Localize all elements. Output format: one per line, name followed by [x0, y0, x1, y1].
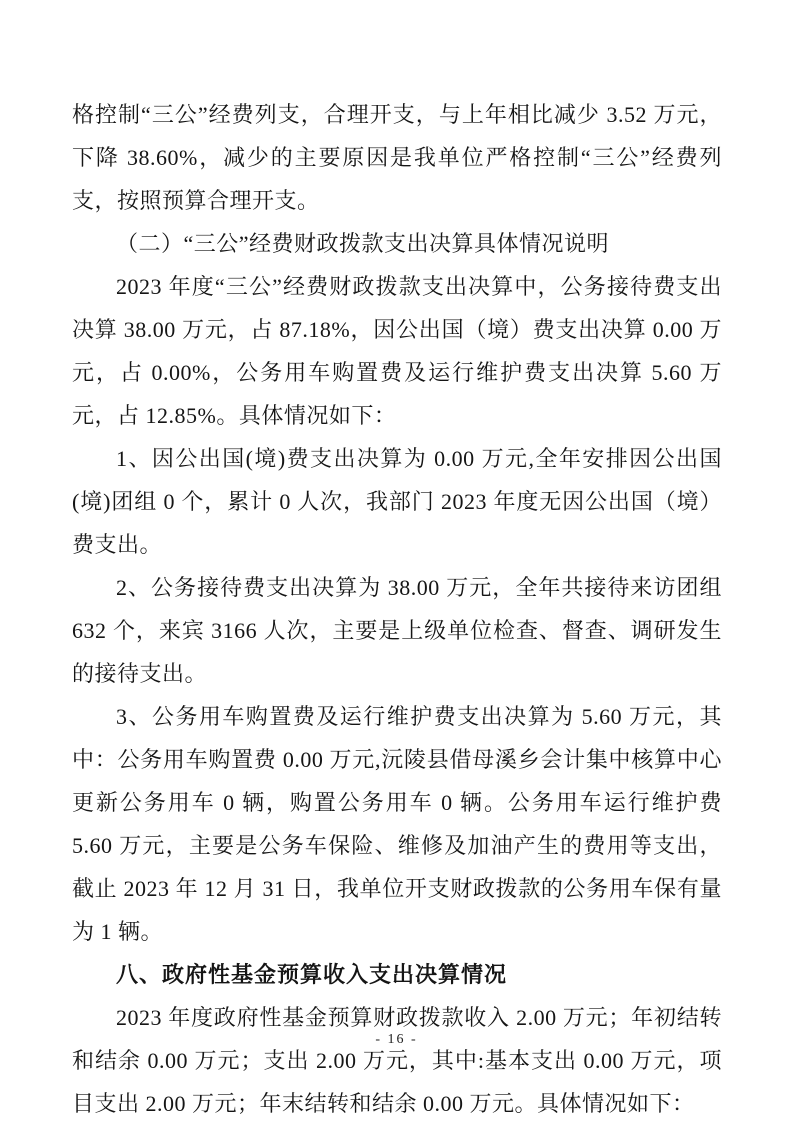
page-number: - 16 - — [0, 1032, 793, 1048]
paragraph: 2023 年度政府性基金预算财政拨款收入 2.00 万元；年初结转和结余 0.0… — [72, 996, 722, 1122]
paragraph: 1、因公出国(境)费支出决算为 0.00 万元,全年安排因公出国(境)团组 0 … — [72, 437, 722, 566]
section-heading: 八、政府性基金预算收入支出决算情况 — [72, 953, 722, 996]
section-subheading: （二）“三公”经费财政拨款支出决算具体情况说明 — [72, 222, 722, 265]
document-page: 格控制“三公”经费列支，合理开支，与上年相比减少 3.52 万元，下降 38.6… — [0, 0, 793, 1122]
document-body: 格控制“三公”经费列支，合理开支，与上年相比减少 3.52 万元，下降 38.6… — [72, 93, 722, 1122]
paragraph: 3、公务用车购置费及运行维护费支出决算为 5.60 万元，其中：公务用车购置费 … — [72, 695, 722, 953]
paragraph: 2023 年度“三公”经费财政拨款支出决算中，公务接待费支出决算 38.00 万… — [72, 265, 722, 437]
paragraph: 格控制“三公”经费列支，合理开支，与上年相比减少 3.52 万元，下降 38.6… — [72, 93, 722, 222]
paragraph: 2、公务接待费支出决算为 38.00 万元，全年共接待来访团组 632 个，来宾… — [72, 566, 722, 695]
